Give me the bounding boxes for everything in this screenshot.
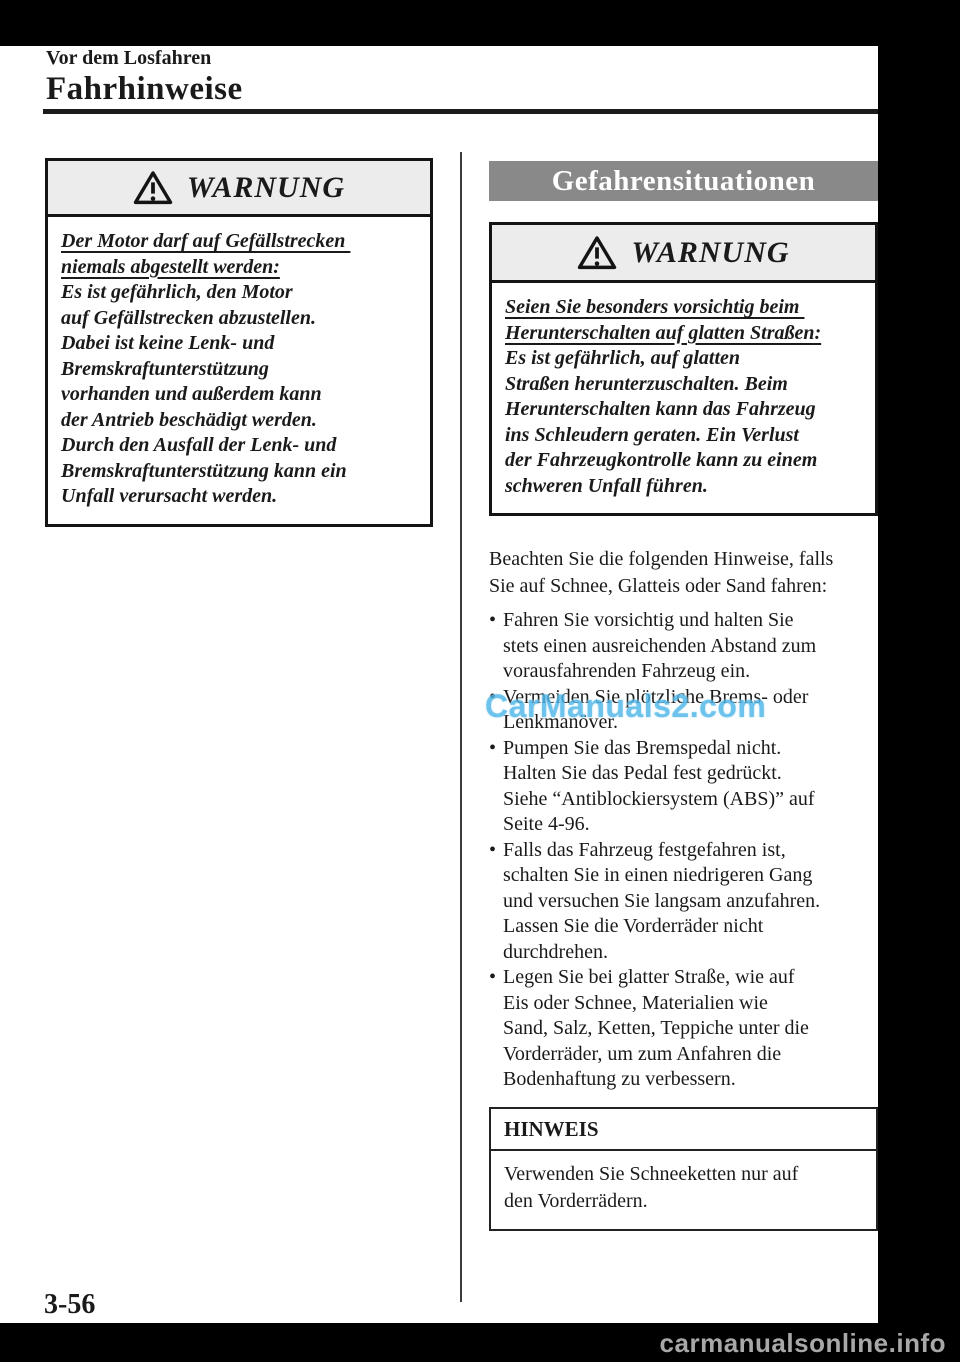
manual-page: Vor dem Losfahren Fahrhinweise WARNUNG D… xyxy=(0,0,960,1362)
bullet-icon: • xyxy=(489,736,503,762)
scan-border-top xyxy=(0,0,960,46)
section-title-bar: Gefahrensituationen xyxy=(489,161,878,201)
warning-title: WARNUNG xyxy=(631,236,789,270)
note-box: HINWEIS Verwenden Sie Schneeketten nur a… xyxy=(489,1107,878,1231)
list-item: • Falls das Fahrzeug festgefahren ist, s… xyxy=(489,838,878,966)
column-divider xyxy=(460,152,462,1302)
left-column: WARNUNG Der Motor darf auf Gefällstrecke… xyxy=(45,158,433,527)
warning-body-text: Es ist gefährlich, den Motor auf Gefälls… xyxy=(61,280,420,510)
page-header: Vor dem Losfahren Fahrhinweise xyxy=(46,47,243,109)
warning-header: WARNUNG xyxy=(48,161,430,217)
warning-title: WARNUNG xyxy=(187,171,345,205)
list-item-text: Fahren Sie vorsichtig und halten Sie ste… xyxy=(503,608,821,685)
warning-body: Seien Sie besonders vorsichtig beim Heru… xyxy=(492,283,875,513)
warning-lead-text: Der Motor darf auf Gefällstrecken niemal… xyxy=(61,229,420,280)
page-number: 3-56 xyxy=(44,1289,95,1321)
watermark-carmanualsonline: carmanualsonline.info xyxy=(660,1328,946,1359)
note-body-text: Verwenden Sie Schneeketten nur auf den V… xyxy=(491,1151,876,1229)
chapter-eyebrow: Vor dem Losfahren xyxy=(46,47,243,69)
bullet-icon: • xyxy=(489,838,503,864)
header-rule xyxy=(43,109,878,114)
note-title: HINWEIS xyxy=(491,1109,876,1151)
list-item: • Legen Sie bei glatter Straße, wie auf … xyxy=(489,965,878,1093)
list-item: • Fahren Sie vorsichtig und halten Sie s… xyxy=(489,608,878,685)
warning-body-text: Es ist gefährlich, auf glatten Straßen h… xyxy=(505,346,865,499)
warning-header: WARNUNG xyxy=(492,225,875,283)
intro-paragraph: Beachten Sie die folgenden Hinweise, fal… xyxy=(489,546,878,600)
watermark-carmanuals2: CarManuals2.com xyxy=(485,688,766,725)
warning-triangle-icon xyxy=(133,170,173,206)
list-item-text: Pumpen Sie das Bremspedal nicht. Halten … xyxy=(503,736,820,838)
warning-body: Der Motor darf auf Gefällstrecken niemal… xyxy=(48,217,430,524)
warning-box-engine-shutoff: WARNUNG Der Motor darf auf Gefällstrecke… xyxy=(45,158,433,527)
list-item: • Pumpen Sie das Bremspedal nicht. Halte… xyxy=(489,736,878,838)
list-item-text: Legen Sie bei glatter Straße, wie auf Ei… xyxy=(503,965,814,1093)
bullet-icon: • xyxy=(489,608,503,634)
driving-tips-list: • Fahren Sie vorsichtig und halten Sie s… xyxy=(489,608,878,1093)
bullet-icon: • xyxy=(489,965,503,991)
section-title: Gefahrensituationen xyxy=(552,165,816,198)
warning-triangle-icon xyxy=(577,235,617,271)
list-item-text: Falls das Fahrzeug festgefahren ist, sch… xyxy=(503,838,825,966)
warning-lead-text: Seien Sie besonders vorsichtig beim Heru… xyxy=(505,295,865,346)
scan-border-right xyxy=(878,0,960,1362)
page-title: Fahrhinweise xyxy=(46,69,243,109)
warning-box-downshift: WARNUNG Seien Sie besonders vorsichtig b… xyxy=(489,222,878,516)
